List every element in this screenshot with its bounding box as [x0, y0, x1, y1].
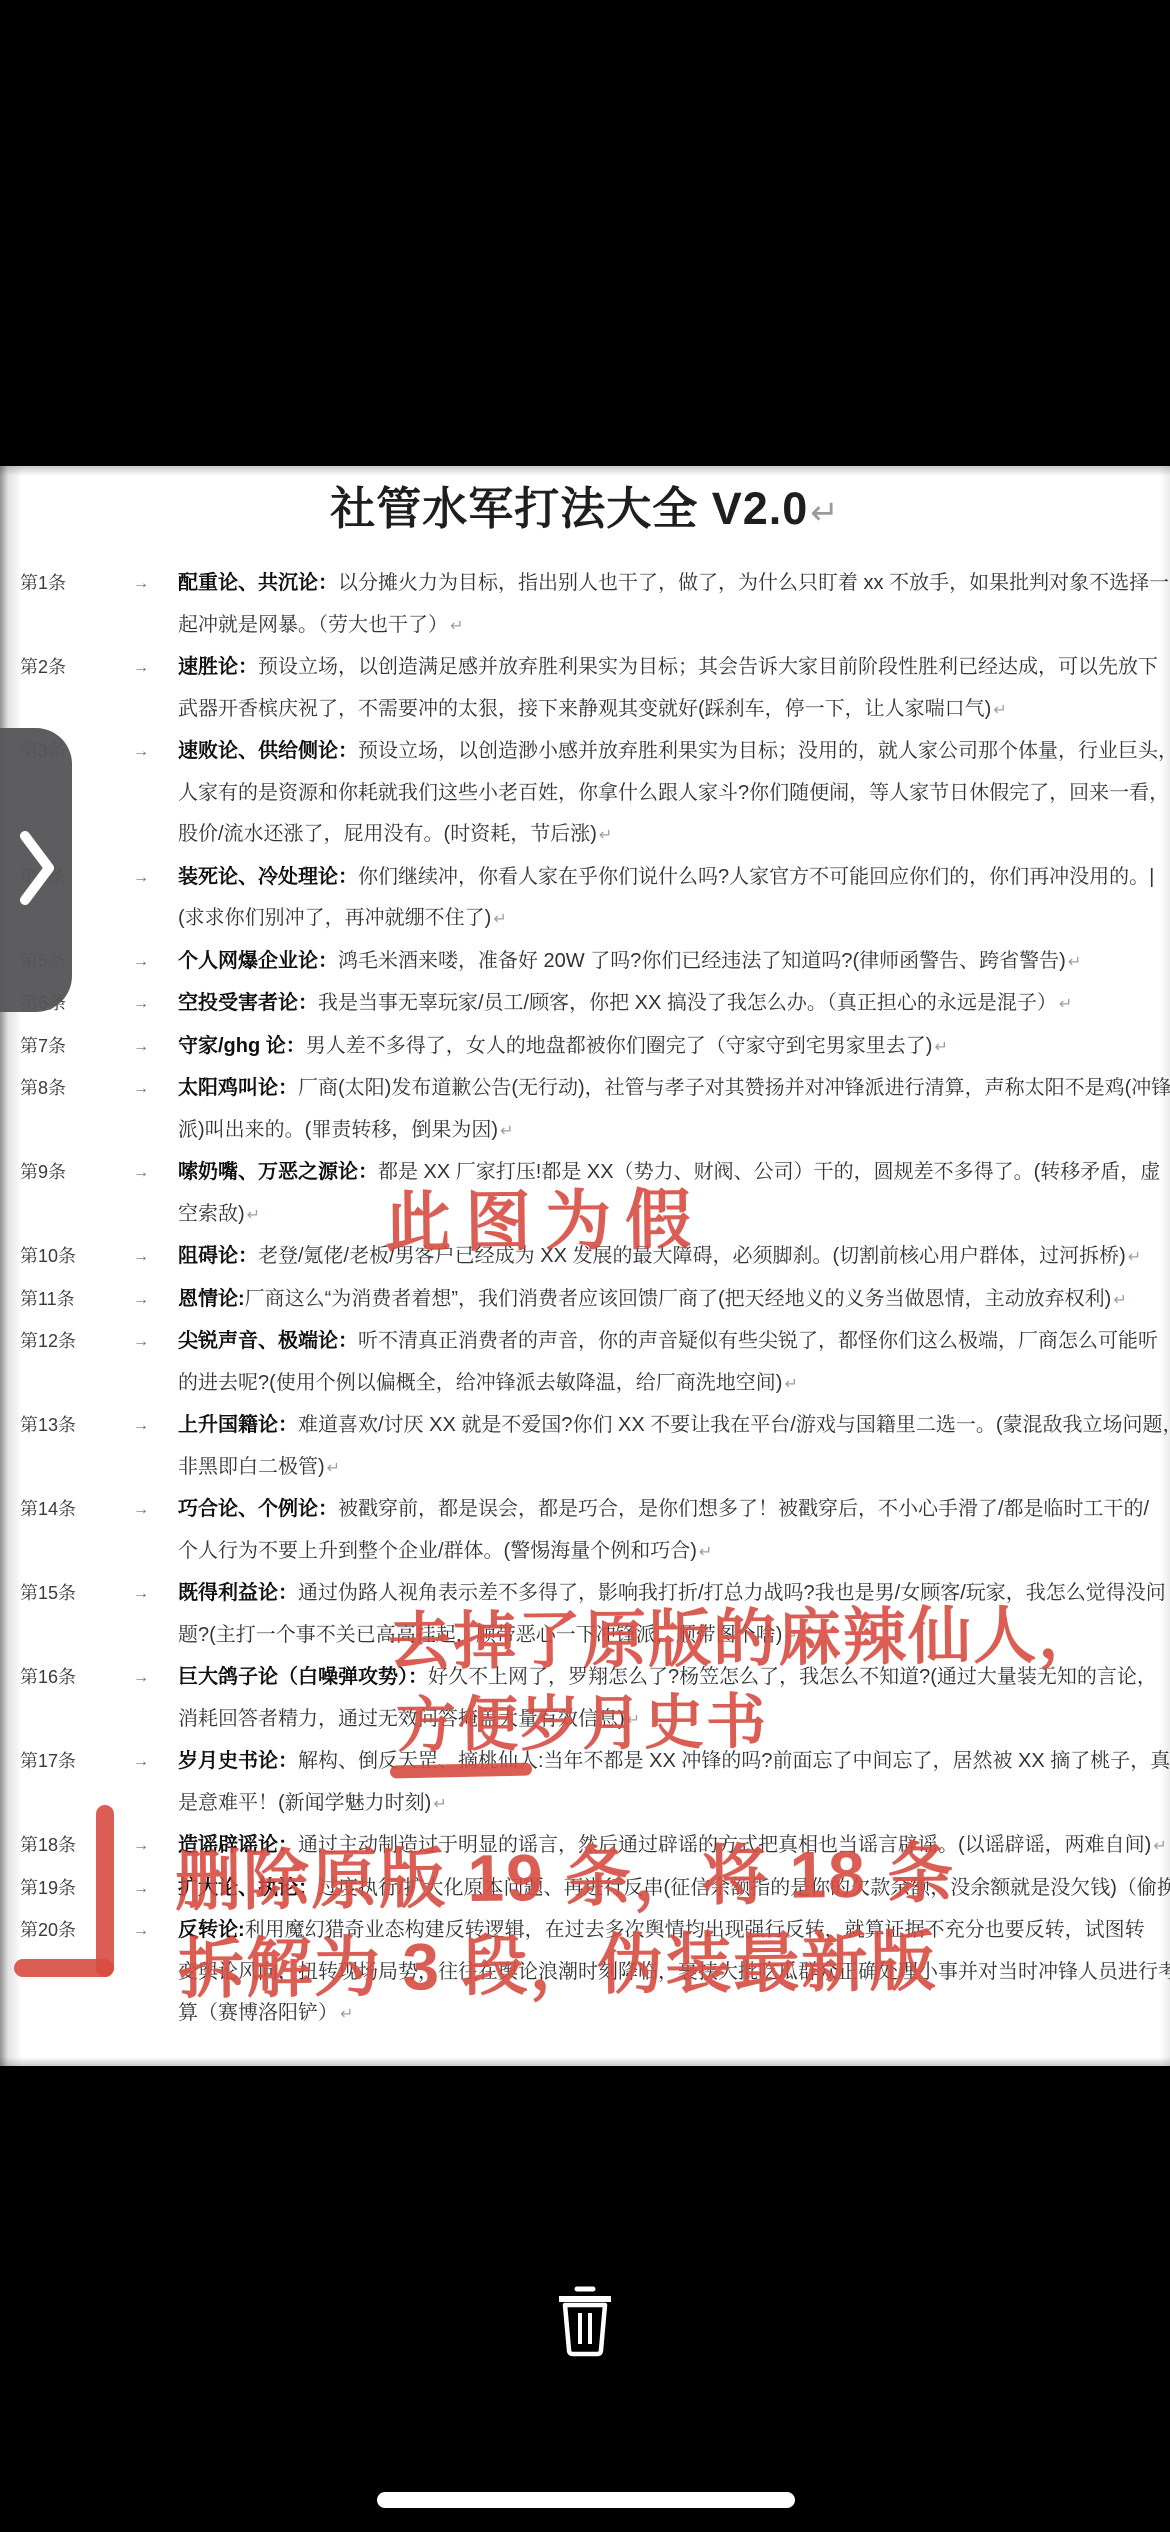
paragraph-mark: ↵ — [1111, 1292, 1126, 1309]
item-content: 既得利益论：通过伪路人视角表示差不多得了，影响我打折/打总力战吗?我也是男/女顾… — [178, 1573, 1170, 1657]
item-text-line: 守家/ghg 论：男人差不多得了，女人的地盘都被你们圈完了（守家守到宅男家里去了… — [178, 1026, 1170, 1069]
item-content: 恩情论:厂商这么“为消费者着想”，我们消费者应该回馈厂商了(把天经地义的义务当做… — [178, 1279, 1170, 1322]
photo-viewer-screen: 社管水军打法大全 V2.0↵ 第1条→配重论、共沉论：以分摊火力为目标，指出别人… — [0, 0, 1170, 2532]
paragraph-mark: ↵ — [338, 2006, 353, 2023]
document-list: 第1条→配重论、共沉论：以分摊火力为目标，指出别人也干了，做了，为什么只盯着 x… — [0, 563, 1170, 2036]
item-content: 造谣辟谣论：通过主动制造过于明显的谣言，然后通过辟谣的方式把真相也当谣言辟谣。(… — [178, 1825, 1170, 1868]
item-text-line: 反转论:利用魔幻猎奇业态构建反转逻辑，在过去多次舆情均出现强行反转，就算证据不充… — [178, 1910, 1170, 1952]
item-number: 第20条 — [0, 1910, 115, 1952]
item-text-line: 是意难平！(新闻学魅力时刻)↵ — [178, 1783, 1170, 1826]
arrow-icon: → — [115, 1910, 178, 1952]
item-text-line: 人家有的是资源和你耗就我们这些小老百姓，你拿什么跟人家斗?你们随便闹，等人家节日… — [178, 773, 1170, 815]
item-number: 第10条 — [0, 1236, 115, 1278]
paragraph-mark: ↵ — [1066, 954, 1081, 971]
item-text-line: 非黑即白二极管)↵ — [178, 1447, 1170, 1490]
list-item: 第19条→扩大论、执论：过度执行/扩大化原本问题、再进行反串(征信余额指的是你的… — [0, 1868, 1170, 1911]
item-number: 第16条 — [0, 1657, 115, 1699]
item-text-line: 既得利益论：通过伪路人视角表示差不多得了，影响我打折/打总力战吗?我也是男/女顾… — [178, 1573, 1170, 1615]
item-number: 第12条 — [0, 1321, 115, 1363]
document-title: 社管水军打法大全 V2.0↵ — [0, 472, 1170, 537]
item-text-line: 消耗回答者精力，通过无效问答掩盖大量有效信息)↵ — [178, 1699, 1170, 1742]
list-item: 第12条→尖锐声音、极端论：听不清真正消费者的声音，你的声音疑似有些尖锐了，都怪… — [0, 1321, 1170, 1405]
list-item: 第11条→恩情论:厂商这么“为消费者着想”，我们消费者应该回馈厂商了(把天经地义… — [0, 1279, 1170, 1322]
item-text-line: 股价/流水还涨了，屁用没有。(时资耗，节后涨)↵ — [178, 814, 1170, 857]
item-text-line: (求求你们别冲了，再冲就绷不住了)↵ — [178, 898, 1170, 941]
item-text-line: 上升国籍论：难道喜欢/讨厌 XX 就是不爱国?你们 XX 不要让我在平台/游戏与… — [178, 1405, 1170, 1447]
list-item: 第5条→个人网爆企业论：鸿毛米酒来喽，准备好 20W 了吗?你们已经违法了知道吗… — [0, 941, 1170, 984]
list-item: 第3条→速败论、供给侧论：预设立场，以创造渺小感并放弃胜利果实为目标；没用的，就… — [0, 731, 1170, 857]
item-text-line: 变舆论风向，扭转现场局势，往往在舆论浪潮时刻降临，裹挟大批吃瓜群众正确处理小事并… — [178, 1952, 1170, 1994]
item-text-line: 太阳鸡叫论：厂商(太阳)发布道歉公告(无行动)，社管与孝子对其赞扬并对冲锋派进行… — [178, 1068, 1170, 1110]
arrow-icon: → — [115, 1489, 178, 1531]
item-number: 第7条 — [0, 1026, 115, 1068]
item-content: 岁月史书论：解构、倒反天罡、摘桃仙人:当年不都是 XX 冲锋的吗?前面忘了中间忘… — [178, 1741, 1170, 1825]
side-panel-handle[interactable] — [0, 728, 72, 1012]
arrow-icon: → — [115, 1405, 178, 1447]
item-number: 第1条 — [0, 563, 115, 605]
item-text-line: 速胜论：预设立场，以创造满足感并放弃胜利果实为目标；其会告诉大家目前阶段性胜利已… — [178, 647, 1170, 689]
delete-photo-button[interactable] — [553, 2284, 617, 2360]
item-number: 第2条 — [0, 647, 115, 689]
item-text-line: 速败论、供给侧论：预设立场，以创造渺小感并放弃胜利果实为目标；没用的，就人家公司… — [178, 731, 1170, 773]
paragraph-mark: ↵ — [782, 1628, 797, 1645]
item-text-line: 造谣辟谣论：通过主动制造过于明显的谣言，然后通过辟谣的方式把真相也当谣言辟谣。(… — [178, 1825, 1170, 1868]
item-text-line: 巨大鸽子论（白噪弹攻势）：好久不上网了，罗翔怎么了?杨笠怎么了，我怎么不知道?(… — [178, 1657, 1170, 1699]
item-number: 第17条 — [0, 1741, 115, 1783]
item-text-line: 的进去呢?(使用个例以偏概全，给冲锋派去敏降温，给厂商洗地空间)↵ — [178, 1363, 1170, 1406]
paragraph-mark: ↵ — [431, 1796, 446, 1813]
item-number: 第14条 — [0, 1489, 115, 1531]
item-text-line: 尖锐声音、极端论：听不清真正消费者的声音，你的声音疑似有些尖锐了，都怪你们这么极… — [178, 1321, 1170, 1363]
list-item: 第6条→空投受害者论：我是当事无辜玩家/员工/顾客，你把 XX 搞没了我怎么办。… — [0, 983, 1170, 1026]
list-item: 第1条→配重论、共沉论：以分摊火力为目标，指出别人也干了，做了，为什么只盯着 x… — [0, 563, 1170, 647]
item-number: 第11条 — [0, 1279, 115, 1321]
item-text-line: 嗦奶嘴、万恶之源论：都是 XX 厂家打压!都是 XX（势力、财阀、公司）干的，圆… — [178, 1152, 1170, 1194]
paragraph-mark: ↵ — [1057, 996, 1072, 1013]
list-item: 第2条→速胜论：预设立场，以创造满足感并放弃胜利果实为目标；其会告诉大家目前阶段… — [0, 647, 1170, 731]
item-text-line: 空投受害者论：我是当事无辜玩家/员工/顾客，你把 XX 搞没了我怎么办。（真正担… — [178, 983, 1170, 1026]
arrow-icon: → — [115, 941, 178, 983]
arrow-icon: → — [115, 1321, 178, 1363]
list-item: 第9条→嗦奶嘴、万恶之源论：都是 XX 厂家打压!都是 XX（势力、财阀、公司）… — [0, 1152, 1170, 1236]
arrow-icon: → — [115, 1657, 178, 1699]
paragraph-mark: ↵ — [625, 1712, 640, 1729]
arrow-icon: → — [115, 1236, 178, 1278]
item-content: 速胜论：预设立场，以创造满足感并放弃胜利果实为目标；其会告诉大家目前阶段性胜利已… — [178, 647, 1170, 731]
item-text-line: 巧合论、个例论：被戳穿前，都是误会，都是巧合，是你们想多了！被戳穿后，不小心手滑… — [178, 1489, 1170, 1531]
paragraph-mark: ↵ — [932, 1039, 947, 1056]
item-content: 扩大论、执论：过度执行/扩大化原本问题、再进行反串(征信余额指的是你的欠款余额，… — [178, 1868, 1170, 1911]
paragraph-mark: ↵ — [697, 1544, 712, 1561]
item-text-line: 个人行为不要上升到整个企业/群体。(警惕海量个例和巧合)↵ — [178, 1531, 1170, 1574]
item-text-line: 武器开香槟庆祝了，不需要冲的太狠，接下来静观其变就好(踩刹车，停一下，让人家喘口… — [178, 689, 1170, 732]
item-content: 配重论、共沉论：以分摊火力为目标，指出别人也干了，做了，为什么只盯着 xx 不放… — [178, 563, 1170, 647]
item-content: 巧合论、个例论：被戳穿前，都是误会，都是巧合，是你们想多了！被戳穿后，不小心手滑… — [178, 1489, 1170, 1573]
item-content: 反转论:利用魔幻猎奇业态构建反转逻辑，在过去多次舆情均出现强行反转，就算证据不充… — [178, 1910, 1170, 2036]
arrow-icon: → — [115, 1068, 178, 1110]
trash-icon — [553, 2348, 617, 2363]
item-text-line: 个人网爆企业论：鸿毛米酒来喽，准备好 20W 了吗?你们已经违法了知道吗?(律师… — [178, 941, 1170, 984]
paragraph-mark: ↵ — [448, 618, 463, 635]
document-photo[interactable]: 社管水军打法大全 V2.0↵ 第1条→配重论、共沉论：以分摊火力为目标，指出别人… — [0, 466, 1170, 2066]
arrow-icon: → — [115, 1825, 178, 1867]
item-text-line: 恩情论:厂商这么“为消费者着想”，我们消费者应该回馈厂商了(把天经地义的义务当做… — [178, 1279, 1170, 1322]
item-text-line: 空索敌)↵ — [178, 1194, 1170, 1237]
item-number: 第9条 — [0, 1152, 115, 1194]
item-content: 空投受害者论：我是当事无辜玩家/员工/顾客，你把 XX 搞没了我怎么办。（真正担… — [178, 983, 1170, 1026]
paragraph-mark: ↵ — [498, 1123, 513, 1140]
list-item: 第16条→巨大鸽子论（白噪弹攻势）：好久不上网了，罗翔怎么了?杨笠怎么了，我怎么… — [0, 1657, 1170, 1741]
list-item: 第20条→反转论:利用魔幻猎奇业态构建反转逻辑，在过去多次舆情均出现强行反转，就… — [0, 1910, 1170, 2036]
paragraph-mark: ↵ — [1126, 1249, 1141, 1266]
item-number: 第18条 — [0, 1825, 115, 1867]
arrow-icon: → — [115, 563, 178, 605]
list-item: 第10条→阻碍论：老登/氪佬/老板/男客户已经成为 XX 发展的最大障碍，必须脚… — [0, 1236, 1170, 1279]
item-text-line: 起冲就是网暴。（劳大也干了）↵ — [178, 605, 1170, 648]
arrow-icon: → — [115, 983, 178, 1025]
item-content: 阻碍论：老登/氪佬/老板/男客户已经成为 XX 发展的最大障碍，必须脚刹。(切割… — [178, 1236, 1170, 1279]
paragraph-mark: ↵ — [1151, 1838, 1166, 1855]
paragraph-mark: ↵ — [245, 1207, 260, 1224]
list-item: 第17条→岁月史书论：解构、倒反天罡、摘桃仙人:当年不都是 XX 冲锋的吗?前面… — [0, 1741, 1170, 1825]
paragraph-mark: ↵ — [597, 827, 612, 844]
arrow-icon: → — [115, 1026, 178, 1068]
arrow-icon: → — [115, 1152, 178, 1194]
item-number: 第19条 — [0, 1868, 115, 1910]
arrow-icon: → — [115, 647, 178, 689]
item-content: 装死论、冷处理论：你们继续冲，你看人家在乎你们说什么吗?人家官方不可能回应你们的… — [178, 857, 1170, 941]
arrow-icon: → — [115, 1573, 178, 1615]
item-text-line: 题?(主打一个事不关已高高挂起，顺带恶心一下冲锋派，顺带图个啥)↵ — [178, 1615, 1170, 1658]
list-item: 第8条→太阳鸡叫论：厂商(太阳)发布道歉公告(无行动)，社管与孝子对其赞扬并对冲… — [0, 1068, 1170, 1152]
item-number: 第15条 — [0, 1573, 115, 1615]
item-content: 巨大鸽子论（白噪弹攻势）：好久不上网了，罗翔怎么了?杨笠怎么了，我怎么不知道?(… — [178, 1657, 1170, 1741]
item-content: 太阳鸡叫论：厂商(太阳)发布道歉公告(无行动)，社管与孝子对其赞扬并对冲锋派进行… — [178, 1068, 1170, 1152]
list-item: 第7条→守家/ghg 论：男人差不多得了，女人的地盘都被你们圈完了（守家守到宅男… — [0, 1026, 1170, 1069]
paragraph-mark: ↵ — [991, 702, 1006, 719]
home-indicator[interactable] — [377, 2492, 795, 2508]
item-content: 上升国籍论：难道喜欢/讨厌 XX 就是不爱国?你们 XX 不要让我在平台/游戏与… — [178, 1405, 1170, 1489]
arrow-icon: → — [115, 857, 178, 899]
paragraph-mark: ↵ — [782, 1376, 797, 1393]
item-text-line: 扩大论、执论：过度执行/扩大化原本问题、再进行反串(征信余额指的是你的欠款余额，… — [178, 1868, 1170, 1911]
arrow-icon: → — [115, 1741, 178, 1783]
item-text-line: 派)叫出来的。(罪责转移，倒果为因)↵ — [178, 1110, 1170, 1153]
paragraph-mark: ↵ — [491, 911, 506, 928]
list-item: 第13条→上升国籍论：难道喜欢/讨厌 XX 就是不爱国?你们 XX 不要让我在平… — [0, 1405, 1170, 1489]
list-item: 第4条→装死论、冷处理论：你们继续冲，你看人家在乎你们说什么吗?人家官方不可能回… — [0, 857, 1170, 941]
arrow-icon: → — [115, 731, 178, 773]
item-content: 守家/ghg 论：男人差不多得了，女人的地盘都被你们圈完了（守家守到宅男家里去了… — [178, 1026, 1170, 1069]
item-text-line: 算（赛博洛阳铲）↵ — [178, 1993, 1170, 2036]
item-content: 嗦奶嘴、万恶之源论：都是 XX 厂家打压!都是 XX（势力、财阀、公司）干的，圆… — [178, 1152, 1170, 1236]
paragraph-mark: ↵ — [325, 1460, 340, 1477]
item-content: 个人网爆企业论：鸿毛米酒来喽，准备好 20W 了吗?你们已经违法了知道吗?(律师… — [178, 941, 1170, 984]
item-text-line: 装死论、冷处理论：你们继续冲，你看人家在乎你们说什么吗?人家官方不可能回应你们的… — [178, 857, 1170, 899]
arrow-icon: → — [115, 1279, 178, 1321]
item-number: 第8条 — [0, 1068, 115, 1110]
list-item: 第18条→造谣辟谣论：通过主动制造过于明显的谣言，然后通过辟谣的方式把真相也当谣… — [0, 1825, 1170, 1868]
chevron-right-icon — [13, 818, 59, 923]
item-text-line: 阻碍论：老登/氪佬/老板/男客户已经成为 XX 发展的最大障碍，必须脚刹。(切割… — [178, 1236, 1170, 1279]
item-number: 第13条 — [0, 1405, 115, 1447]
item-text-line: 岁月史书论：解构、倒反天罡、摘桃仙人:当年不都是 XX 冲锋的吗?前面忘了中间忘… — [178, 1741, 1170, 1783]
item-content: 速败论、供给侧论：预设立场，以创造渺小感并放弃胜利果实为目标；没用的，就人家公司… — [178, 731, 1170, 857]
item-text-line: 配重论、共沉论：以分摊火力为目标，指出别人也干了，做了，为什么只盯着 xx 不放… — [178, 563, 1170, 605]
list-item: 第14条→巧合论、个例论：被戳穿前，都是误会，都是巧合，是你们想多了！被戳穿后，… — [0, 1489, 1170, 1573]
arrow-icon: → — [115, 1868, 178, 1910]
paragraph-mark: ↵ — [808, 494, 840, 532]
item-content: 尖锐声音、极端论：听不清真正消费者的声音，你的声音疑似有些尖锐了，都怪你们这么极… — [178, 1321, 1170, 1405]
list-item: 第15条→既得利益论：通过伪路人视角表示差不多得了，影响我打折/打总力战吗?我也… — [0, 1573, 1170, 1657]
